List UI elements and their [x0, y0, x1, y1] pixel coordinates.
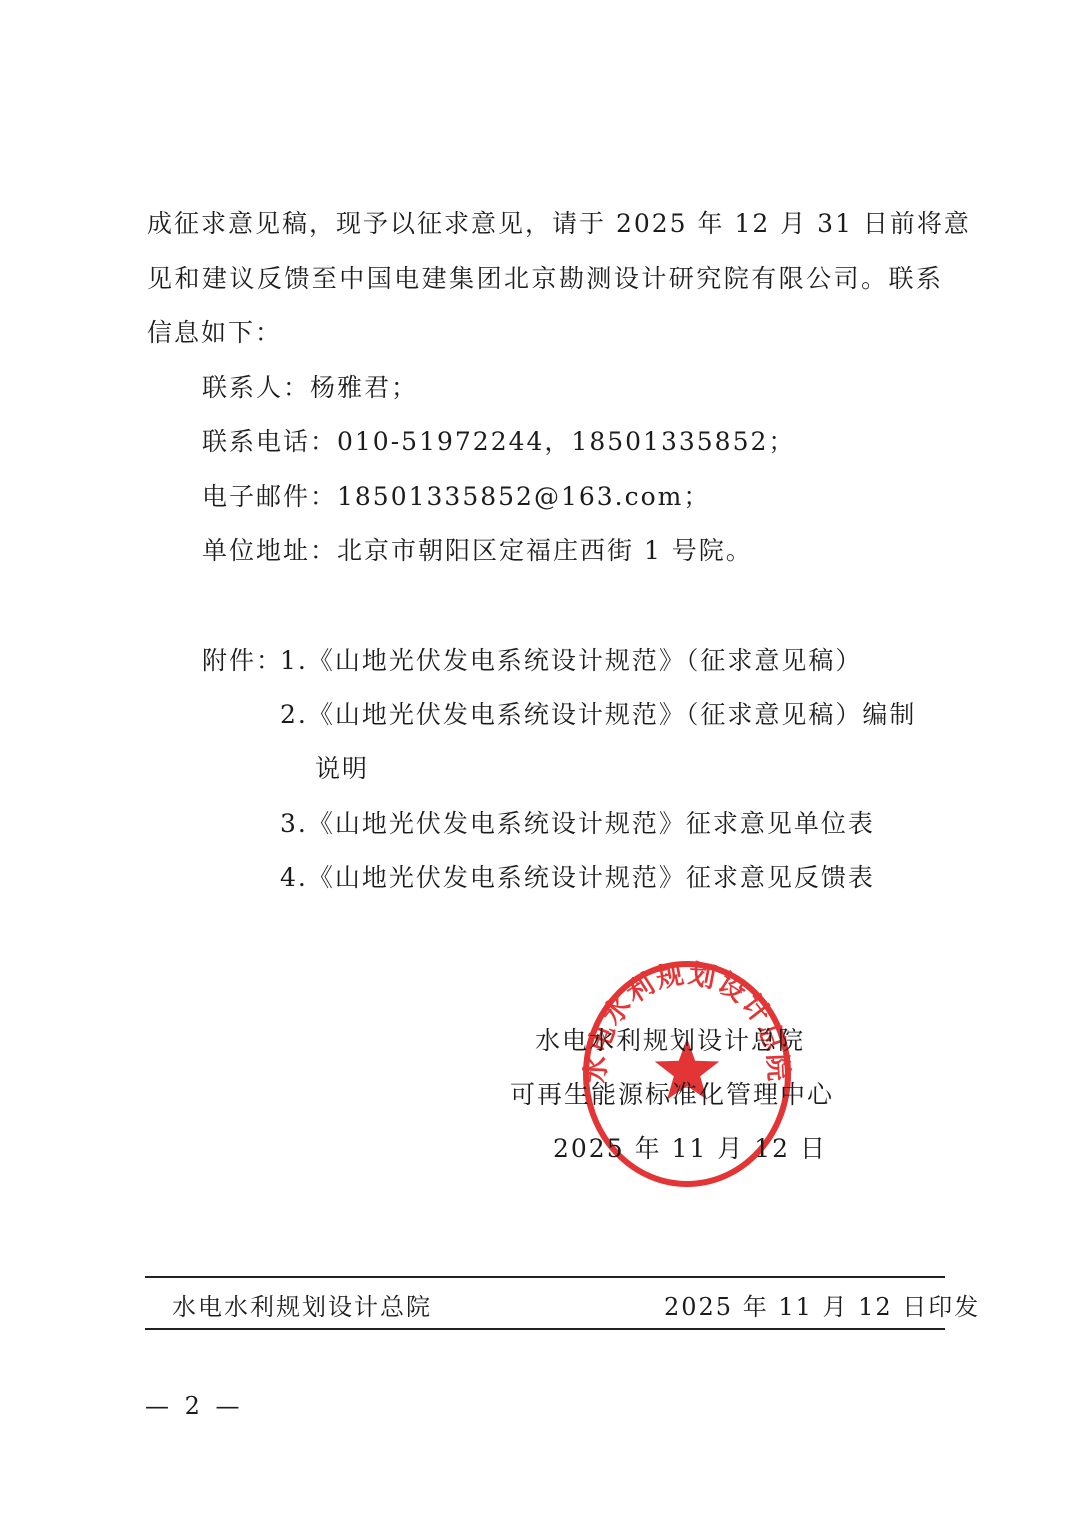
attachment-item-4: 4.《山地光伏发电系统设计规范》征求意见反馈表 [280, 862, 875, 894]
footer-top-rule [145, 1276, 945, 1278]
attachment-item-1: 1.《山地光伏发电系统设计规范》（征求意见稿） [280, 645, 862, 677]
signature-org: 水电水利规划设计总院 [532, 1025, 808, 1057]
footer-bottom-rule [145, 1328, 945, 1330]
attachment-item-2: 2.《山地光伏发电系统设计规范》（征求意见稿）编制 [280, 699, 916, 731]
body-paragraph-line-1: 成征求意见稿，现予以征求意见，请于 2025 年 12 月 31 日前将意 [147, 208, 943, 240]
attachments-prefix: 附件： [202, 645, 283, 677]
footer-issue-date: 2025 年 11 月 12 日印发 [664, 1292, 980, 1322]
attachment-item-3: 3.《山地光伏发电系统设计规范》征求意见单位表 [280, 808, 875, 840]
page-number: — 2 — [145, 1391, 244, 1421]
attachment-item-2-continuation: 说明 [315, 753, 369, 785]
contact-phone: 联系电话：010-51972244，18501335852； [202, 426, 795, 458]
contact-address: 单位地址：北京市朝阳区定福庄西街 1 号院。 [202, 535, 753, 567]
footer-issuer: 水电水利规划设计总院 [172, 1292, 432, 1322]
signature-dept: 可再生能源标准化管理中心 [507, 1079, 837, 1111]
contact-email: 电子邮件：18501335852@163.com； [202, 481, 710, 513]
body-paragraph-line-3: 信息如下： [147, 317, 282, 349]
contact-person: 联系人：杨雅君； [202, 372, 418, 404]
signature-date: 2025 年 11 月 12 日 [553, 1133, 789, 1165]
document-page: 成征求意见稿，现予以征求意见，请于 2025 年 12 月 31 日前将意 见和… [0, 0, 1080, 1528]
body-paragraph-line-2: 见和建议反馈至中国电建集团北京勘测设计研究院有限公司。联系 [147, 263, 943, 295]
